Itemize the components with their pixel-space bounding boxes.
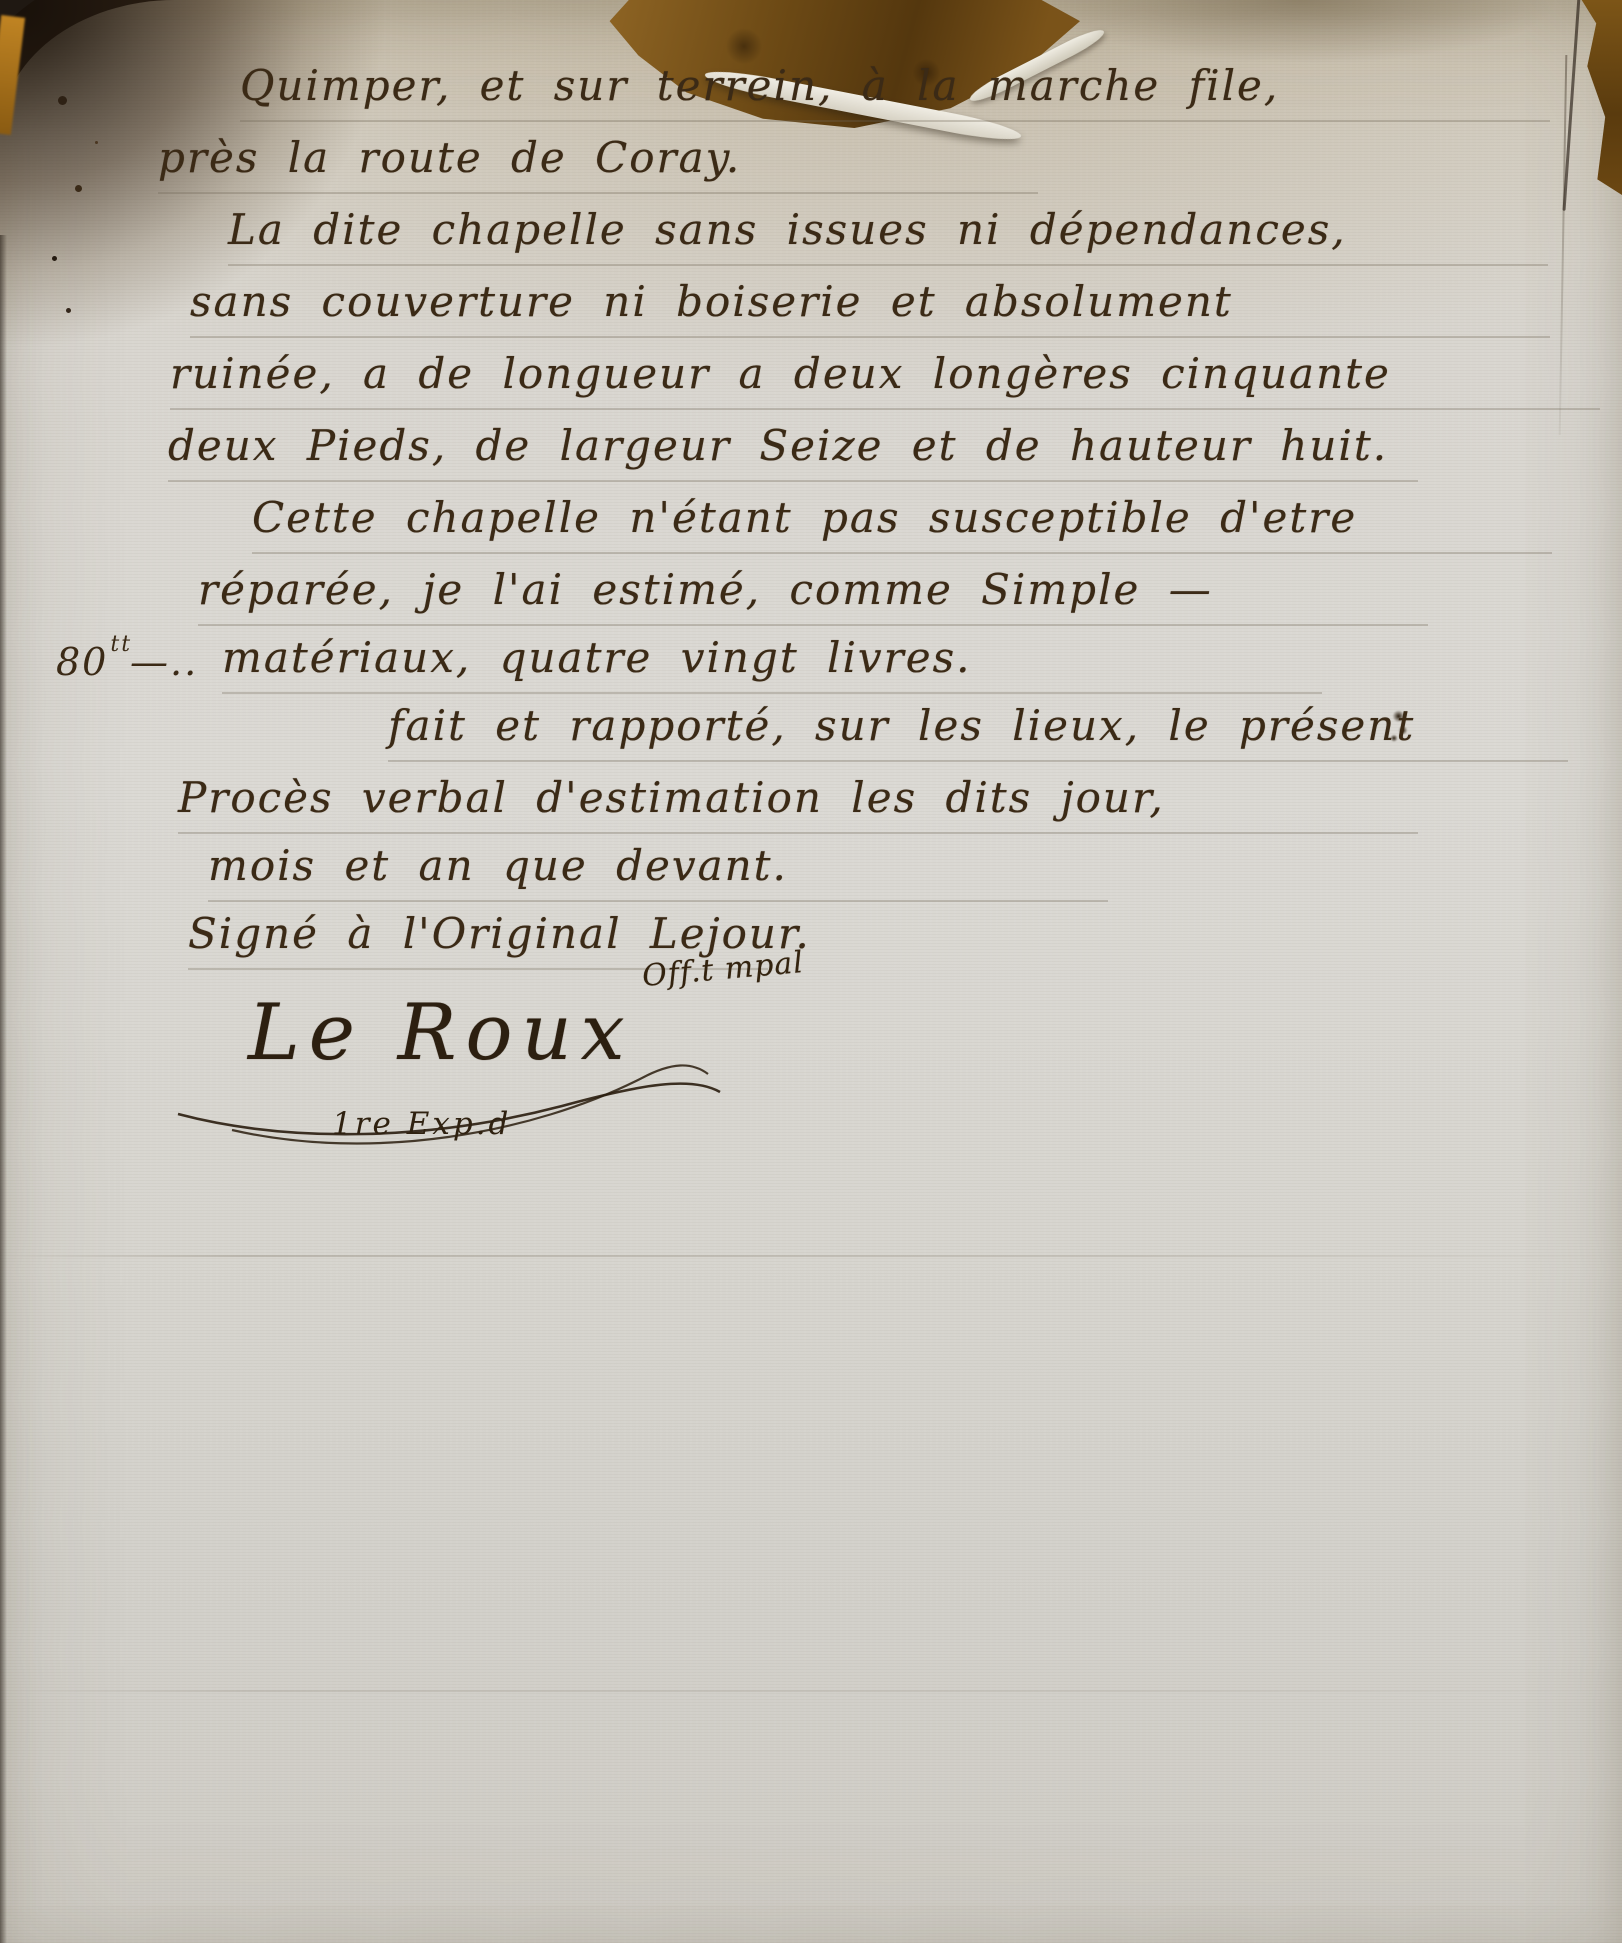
manuscript-line: sans couverture ni boiserie et absolumen… [190,276,1550,338]
manuscript-line: réparée, je l'ai estimé, comme Simple — [198,564,1428,626]
livres-symbol: tt [110,632,132,657]
margin-trailing-dots: —.. [130,640,198,684]
manuscript-line: Procès verbal d'estimation les dits jour… [178,772,1418,834]
expedition-note: 1re Exp.d [332,1106,511,1142]
fold-crease [0,1690,1622,1692]
top-edge-smudge [1040,0,1560,64]
scanned-manuscript-page: 80tt—.. Quimper, et sur terrein, à la ma… [0,0,1622,1943]
fold-crease [0,1255,1622,1257]
manuscript-line: ruinée, a de longueur a deux longères ci… [170,348,1600,410]
manuscript-line: matériaux, quatre vingt livres. [222,632,1322,694]
margin-amount: 80 [56,640,108,684]
manuscript-line: fait et rapporté, sur les lieux, le prés… [388,700,1568,762]
manuscript-line: mois et an que devant. [208,840,1108,902]
manuscript-line: près la route de Coray. [158,132,1038,194]
margin-amount-note: 80tt—.. [56,640,198,684]
manuscript-line: deux Pieds, de largeur Seize et de haute… [168,420,1418,482]
manuscript-line: Cette chapelle n'étant pas susceptible d… [252,492,1552,554]
manuscript-line: La dite chapelle sans issues ni dépendan… [228,204,1548,266]
ink-specks [58,96,67,105]
left-paper-edge [0,235,7,1943]
manuscript-line: Quimper, et sur terrein, à la marche fil… [240,60,1550,122]
